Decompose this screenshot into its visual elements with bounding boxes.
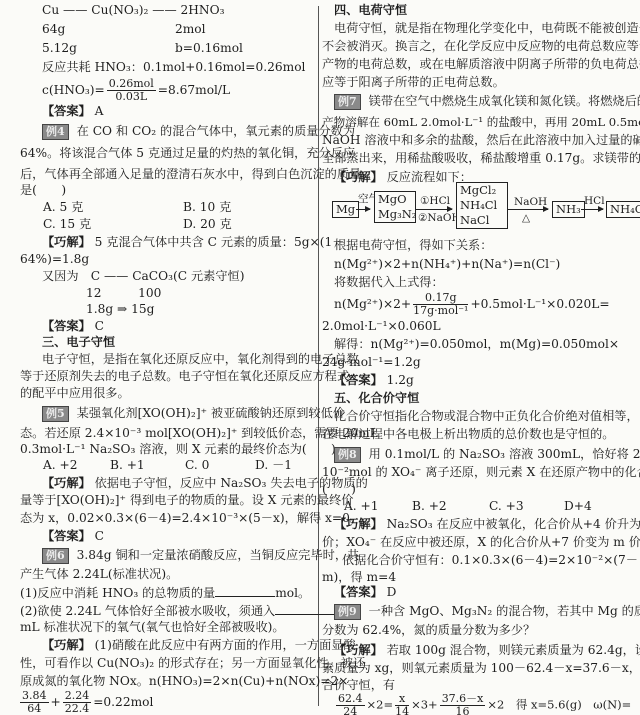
text: 在 CO 和 CO₂ 的混合气体中，氧元素的质量分数为: [77, 124, 355, 138]
example-5-line1: 例5某强氧化剂[XO(OH)₂]⁺ 被亚硫酸钠还原到较低价: [42, 405, 345, 422]
ex7-equation-cont: 2.0mol·L⁻¹×0.060L: [322, 318, 441, 334]
flow-box-products: MgO Mg₃N₂: [374, 191, 416, 223]
text: ×3+: [411, 698, 438, 712]
example-4-line1: 例4在 CO 和 CO₂ 的混合气体中，氧元素的质量分数为: [42, 123, 355, 140]
arrow-icon: [416, 209, 452, 210]
answer-label: 【答案】: [42, 104, 91, 118]
ex4-solution-line3: 又因为 C —— CaCO₃(C 元素守恒): [42, 268, 244, 284]
heat-icon: △: [522, 212, 530, 224]
text: Na₂SO₃ 在反应中被氧化，化合价从+4 价升为+6: [387, 517, 640, 531]
option-b: B. +2: [412, 498, 447, 514]
section-4-text: 不会被消灭。换言之，在化学反应中反应物的电荷总数应等于: [322, 38, 640, 54]
section-3-text: 电子守恒，是指在氧化还原反应中，氧化剂得到的电子总数: [42, 351, 359, 367]
example-6-line2: 产生气体 2.24L(标准状况)。: [20, 566, 178, 582]
ex7-after-line3: 将数据代入上式得：: [334, 274, 444, 290]
text: n(Mg²⁺)×2+: [334, 297, 411, 311]
answer-value: A: [95, 104, 104, 118]
mass-512: 5.12g: [42, 40, 77, 56]
example-8-line3: ( ): [322, 481, 356, 497]
total-hno3: 反应共耗 HNO₃：0.1mol+0.16mol=0.26mol: [42, 59, 305, 75]
concentration-eq: c(HNO₃)=0.26mol0.03L=8.67mol/L: [42, 78, 230, 103]
example-4-line3: 后，气体再全部通入足量的澄清石灰水中，得到白色沉淀的质量: [20, 166, 361, 182]
result: =0.22mol: [93, 695, 153, 709]
option-a: A. 5 克: [43, 199, 83, 215]
option-c: C. +3: [489, 498, 524, 514]
fraction-den: 0.03L: [107, 91, 156, 103]
flow-label-step2: ②NaOH: [418, 212, 461, 224]
section-5-text: 在电解过程中各电极上析出物质的总价数也是守恒的。: [322, 426, 615, 442]
arrow-icon: [581, 209, 603, 210]
fraction: 3.8464: [20, 690, 49, 715]
ex8-solution-line4: m)，得 m=4: [322, 569, 396, 585]
ex7-after-line2: n(Mg²⁺)×2+n(NH₄⁺)+n(Na⁺)=n(Cl⁻): [334, 256, 560, 272]
ex9-solution-line3: 合价守恒，有: [322, 677, 395, 693]
text: 3.84g 铜和一定量浓硝酸反应，当铜反应完毕时，共: [77, 548, 360, 562]
ex7-equation: n(Mg²⁺)×2+0.17g17g·mol⁻¹+0.5mol·L⁻¹×0.02…: [334, 292, 610, 317]
section-4-text: 电荷守恒，就是指在物理化学变化中，电荷既不能被创造也: [334, 20, 640, 36]
section-5-text: 化合价守恒指化合物或混合物中正负化合价绝对值相等，: [334, 408, 639, 424]
ex8-answer: 【答案】 D: [334, 584, 396, 600]
text: (2)欲使 2.24L 气体恰好全部被水吸收，须通入: [20, 604, 275, 618]
example-tag: 例6: [42, 548, 69, 564]
flow-box-solution: MgCl₂ NH₄Cl NaCl: [456, 182, 508, 229]
answer-blank[interactable]: [275, 602, 341, 615]
example-7-line1: 例7镁带在空气中燃烧生成氧化镁和氮化镁。将燃烧后的: [334, 93, 640, 110]
ex7-solution-intro: 【巧解】 反应流程如下：: [334, 169, 472, 185]
ex4-solution-line4: 12 100: [86, 285, 161, 301]
solution-label: 【巧解】: [42, 638, 91, 652]
solution-label: 【巧解】: [334, 170, 383, 184]
fraction-den: 17g·mol⁻¹: [413, 305, 468, 317]
ex5-solution-line1: 【巧解】 依据电子守恒，反应中 Na₂SO₃ 失去电子的物质的: [42, 475, 368, 491]
section-4-text: 产物的电荷总数，或在电解质溶液中阴离子所带的负电荷总数: [322, 56, 640, 72]
example-tag: 例7: [334, 94, 361, 110]
answer-label: 【答案】: [334, 373, 383, 387]
text: 某强氧化剂[XO(OH)₂]⁺ 被亚硫酸钠还原到较低价: [77, 406, 345, 420]
fraction: 0.26mol0.03L: [107, 78, 156, 103]
answer-label: 【答案】: [42, 319, 91, 333]
flow-box-nh3: NH₃: [552, 201, 585, 218]
ex7-answer: 【答案】 1.2g: [334, 372, 414, 388]
ex5-answer: 【答案】 C: [42, 528, 104, 544]
answer-blank[interactable]: [215, 584, 275, 597]
fraction: 62.424: [336, 693, 365, 715]
option-c: C. 0: [185, 457, 209, 473]
text: MgCl₂: [460, 183, 504, 198]
ex4-solution-line5: 1.8g ⇒ 15g: [86, 301, 154, 317]
arrow-icon: [508, 209, 548, 210]
equation-cu: Cu —— Cu(NO₃)₂ —— 2HNO₃: [42, 2, 224, 18]
example-9-line1: 例9一种含 MgO、Mg₃N₂ 的混合物，若其中 Mg 的质量: [334, 603, 640, 620]
c-hno3-label: c(HNO₃)=: [42, 83, 105, 97]
text: (1)硝酸在此反应中有两方面的作用，一方面显酸: [95, 638, 356, 652]
ex6-question-1: (1)反应中消耗 HNO₃ 的总物质的量mol。: [20, 584, 310, 601]
fraction: 2.2422.4: [63, 690, 92, 715]
solution-label: 【巧解】: [42, 235, 91, 249]
ex6-question-2-tail: mL 标准状况下的氧气(氧气也恰好全部被吸收)。: [20, 619, 285, 635]
text: NaCl: [460, 213, 504, 228]
ex8-solution-line1: 【巧解】 Na₂SO₃ 在反应中被氧化，化合价从+4 价升为+6: [334, 516, 640, 532]
fraction: 0.17g17g·mol⁻¹: [413, 292, 468, 317]
example-4-line4: 是( ): [20, 182, 66, 198]
ex6-solution-fraction: 3.8464+2.2422.4=0.22mol: [18, 690, 153, 715]
text: (1)反应中消耗 HNO₃ 的总物质的量: [20, 586, 215, 600]
ex6-solution-line1: 【巧解】 (1)硝酸在此反应中有两方面的作用，一方面显酸: [42, 637, 356, 653]
option-b: B. +1: [110, 457, 145, 473]
text: 5 克混合气体中共含 C 元素的质量：5g×(1－: [95, 235, 345, 249]
fraction-den: 22.4: [63, 703, 92, 715]
ex9-solution-line2: 素质量为 xg，则氧元素质量为 100－62.4－x=37.6－x，根据化: [322, 660, 640, 676]
option-d: D+4: [564, 498, 592, 514]
text: +0.5mol·L⁻¹×0.020L=: [470, 297, 609, 311]
ex8-solution-line3: 依据化合价守恒有：0.1×0.3×(6－4)=2×10⁻²×(7－: [342, 552, 638, 568]
c-hno3-result: =8.67mol/L: [158, 83, 230, 97]
option-d: D. 20 克: [183, 216, 232, 232]
section-4-title: 四、电荷守恒: [334, 2, 407, 18]
example-tag: 例8: [334, 447, 361, 463]
ex5-solution-line2: 量等于[XO(OH)₂]⁺ 得到电子的物质的量。设 X 元素的最终价: [20, 492, 353, 508]
option-a: A. +2: [43, 457, 78, 473]
example-7-line4: 全部蒸出来，用稀盐酸吸收，稀盐酸增重 0.17g。求镁带的质量。: [322, 150, 640, 166]
section-3-text: 的配平中应用很多。: [20, 385, 130, 401]
flow-box-nh4cl: NH₄Cl: [606, 201, 640, 218]
text: ×2 得 x=5.6(g) ω(N)=: [487, 698, 631, 712]
ex6-solution-line3: 原成氮的氧化物 NOx。n(HNO₃)=2×n(Cu)+n(NOx)=2×: [20, 673, 348, 689]
text: 一种含 MgO、Mg₃N₂ 的混合物，若其中 Mg 的质量: [369, 604, 640, 618]
solution-label: 【巧解】: [42, 476, 91, 490]
text: NH₄Cl: [460, 198, 504, 213]
fraction-den: 16: [440, 706, 486, 715]
option-c: C. 15 克: [43, 216, 91, 232]
example-9-line2: 分数为 62.4%，氮的质量分数为多少？: [322, 622, 535, 638]
ex6-question-2: (2)欲使 2.24L 气体恰好全部被水吸收，须通入: [20, 602, 341, 619]
example-7-line3: NaOH 溶液中和多余的盐酸，然后在此溶液中加入过量的碱，把氨: [322, 132, 640, 148]
option-d: D. －1: [255, 457, 292, 473]
ex7-solve-line1: 解得：n(Mg²⁺)=0.050mol，m(Mg)=0.050mol×: [334, 336, 619, 352]
answer-label: 【答案】: [334, 585, 383, 599]
section-5-title: 五、化合价守恒: [334, 390, 419, 406]
option-b: B. 10 克: [183, 199, 231, 215]
ex5-solution-line3: 态为 x，0.02×0.3×(6－4)=2.4×10⁻³×(5－x)，解得 x=…: [20, 510, 362, 526]
ex9-solution-line1: 【巧解】 若取 100g 混合物，则镁元素质量为 62.4g，设氮元: [334, 642, 640, 658]
example-4-line2: 64%。将该混合气体 5 克通过足量的灼热的氧化铜，充分反应: [20, 145, 355, 161]
ex4-solution-line2: 64%)=1.8g: [20, 251, 89, 267]
answer-value: D: [387, 585, 397, 599]
ex4-solution-line1: 【巧解】 5 克混合气体中共含 C 元素的质量：5g×(1－: [42, 234, 344, 250]
solution-label: 【巧解】: [334, 517, 383, 531]
text: 用 0.1mol/L 的 Na₂SO₃ 溶液 300mL，恰好将 2×: [369, 447, 640, 461]
text: Mg₃N₂: [378, 207, 412, 222]
fraction-den: 14: [395, 706, 409, 715]
ex7-solve-line2: 24g·mol⁻¹=1.2g: [322, 354, 421, 370]
section-4-text: 应等于阳离子所带的正电荷总数。: [322, 74, 505, 90]
example-tag: 例9: [334, 604, 361, 620]
flow-label-step1: ①HCl: [420, 195, 450, 207]
answer-value: C: [95, 319, 104, 333]
example-8-line2: 10⁻²mol 的 XO₄⁻ 离子还原，则元素 X 在还原产物中的化合价是: [322, 464, 640, 480]
ex8-solution-line2: 价；XO₄⁻ 在反应中被还原，X 的化合价从+7 价变为 m 价。: [322, 534, 640, 550]
example-tag: 例4: [42, 124, 69, 140]
fraction-den: 64: [20, 703, 49, 715]
mol-2: 2mol: [175, 21, 206, 37]
fraction: x14: [395, 693, 409, 715]
example-5-line3: 0.3mol·L⁻¹ Na₂SO₃ 溶液，则 X 元素的最终价态为( ): [20, 441, 336, 457]
text: 若取 100g 混合物，则镁元素质量为 62.4g，设氮元: [387, 643, 640, 657]
section-3-text: 等于还原剂失去的电子总数。电子守恒在氧化还原反应方程式: [20, 368, 349, 384]
text: 镁带在空气中燃烧生成氧化镁和氮化镁。将燃烧后的: [369, 94, 640, 108]
example-tag: 例5: [42, 406, 69, 422]
fraction-den: 24: [336, 706, 365, 715]
unit: mol。: [275, 586, 310, 600]
mass-64g: 64g: [42, 21, 65, 37]
ex9-equation: 62.424×2=x14×3+37.6－x16×2 得 x=5.6(g) ω(N…: [334, 693, 631, 715]
example-7-line2: 产物溶解在 60mL 2.0mol·L⁻¹ 的盐酸中，再用 20mL 0.5mo…: [322, 114, 640, 130]
answer-value: 1.2g: [387, 373, 414, 387]
answer-a: 【答案】 A: [42, 103, 103, 119]
fraction: 37.6－x16: [440, 693, 486, 715]
text: ×2=: [367, 698, 394, 712]
ex6-solution-line2: 性，可看作以 Cu(NO₃)₂ 的形式存在；另一方面显氧化性，被还: [20, 655, 365, 671]
arrow-icon: [356, 209, 370, 210]
answer-label: 【答案】: [42, 529, 91, 543]
option-a: A. +1: [344, 498, 379, 514]
answer-value: C: [95, 529, 104, 543]
ex4-answer: 【答案】 C: [42, 318, 104, 334]
text: MgO: [378, 192, 412, 207]
example-6-line1: 例63.84g 铜和一定量浓硝酸反应，当铜反应完毕时，共: [42, 547, 359, 564]
ex7-after-line1: 根据电荷守恒，得如下关系：: [334, 237, 492, 253]
example-8-line1: 例8用 0.1mol/L 的 Na₂SO₃ 溶液 300mL，恰好将 2×: [334, 446, 640, 463]
section-3-title: 三、电子守恒: [42, 334, 115, 350]
solution-label: 【巧解】: [334, 643, 383, 657]
b-value: b=0.16mol: [175, 40, 243, 56]
